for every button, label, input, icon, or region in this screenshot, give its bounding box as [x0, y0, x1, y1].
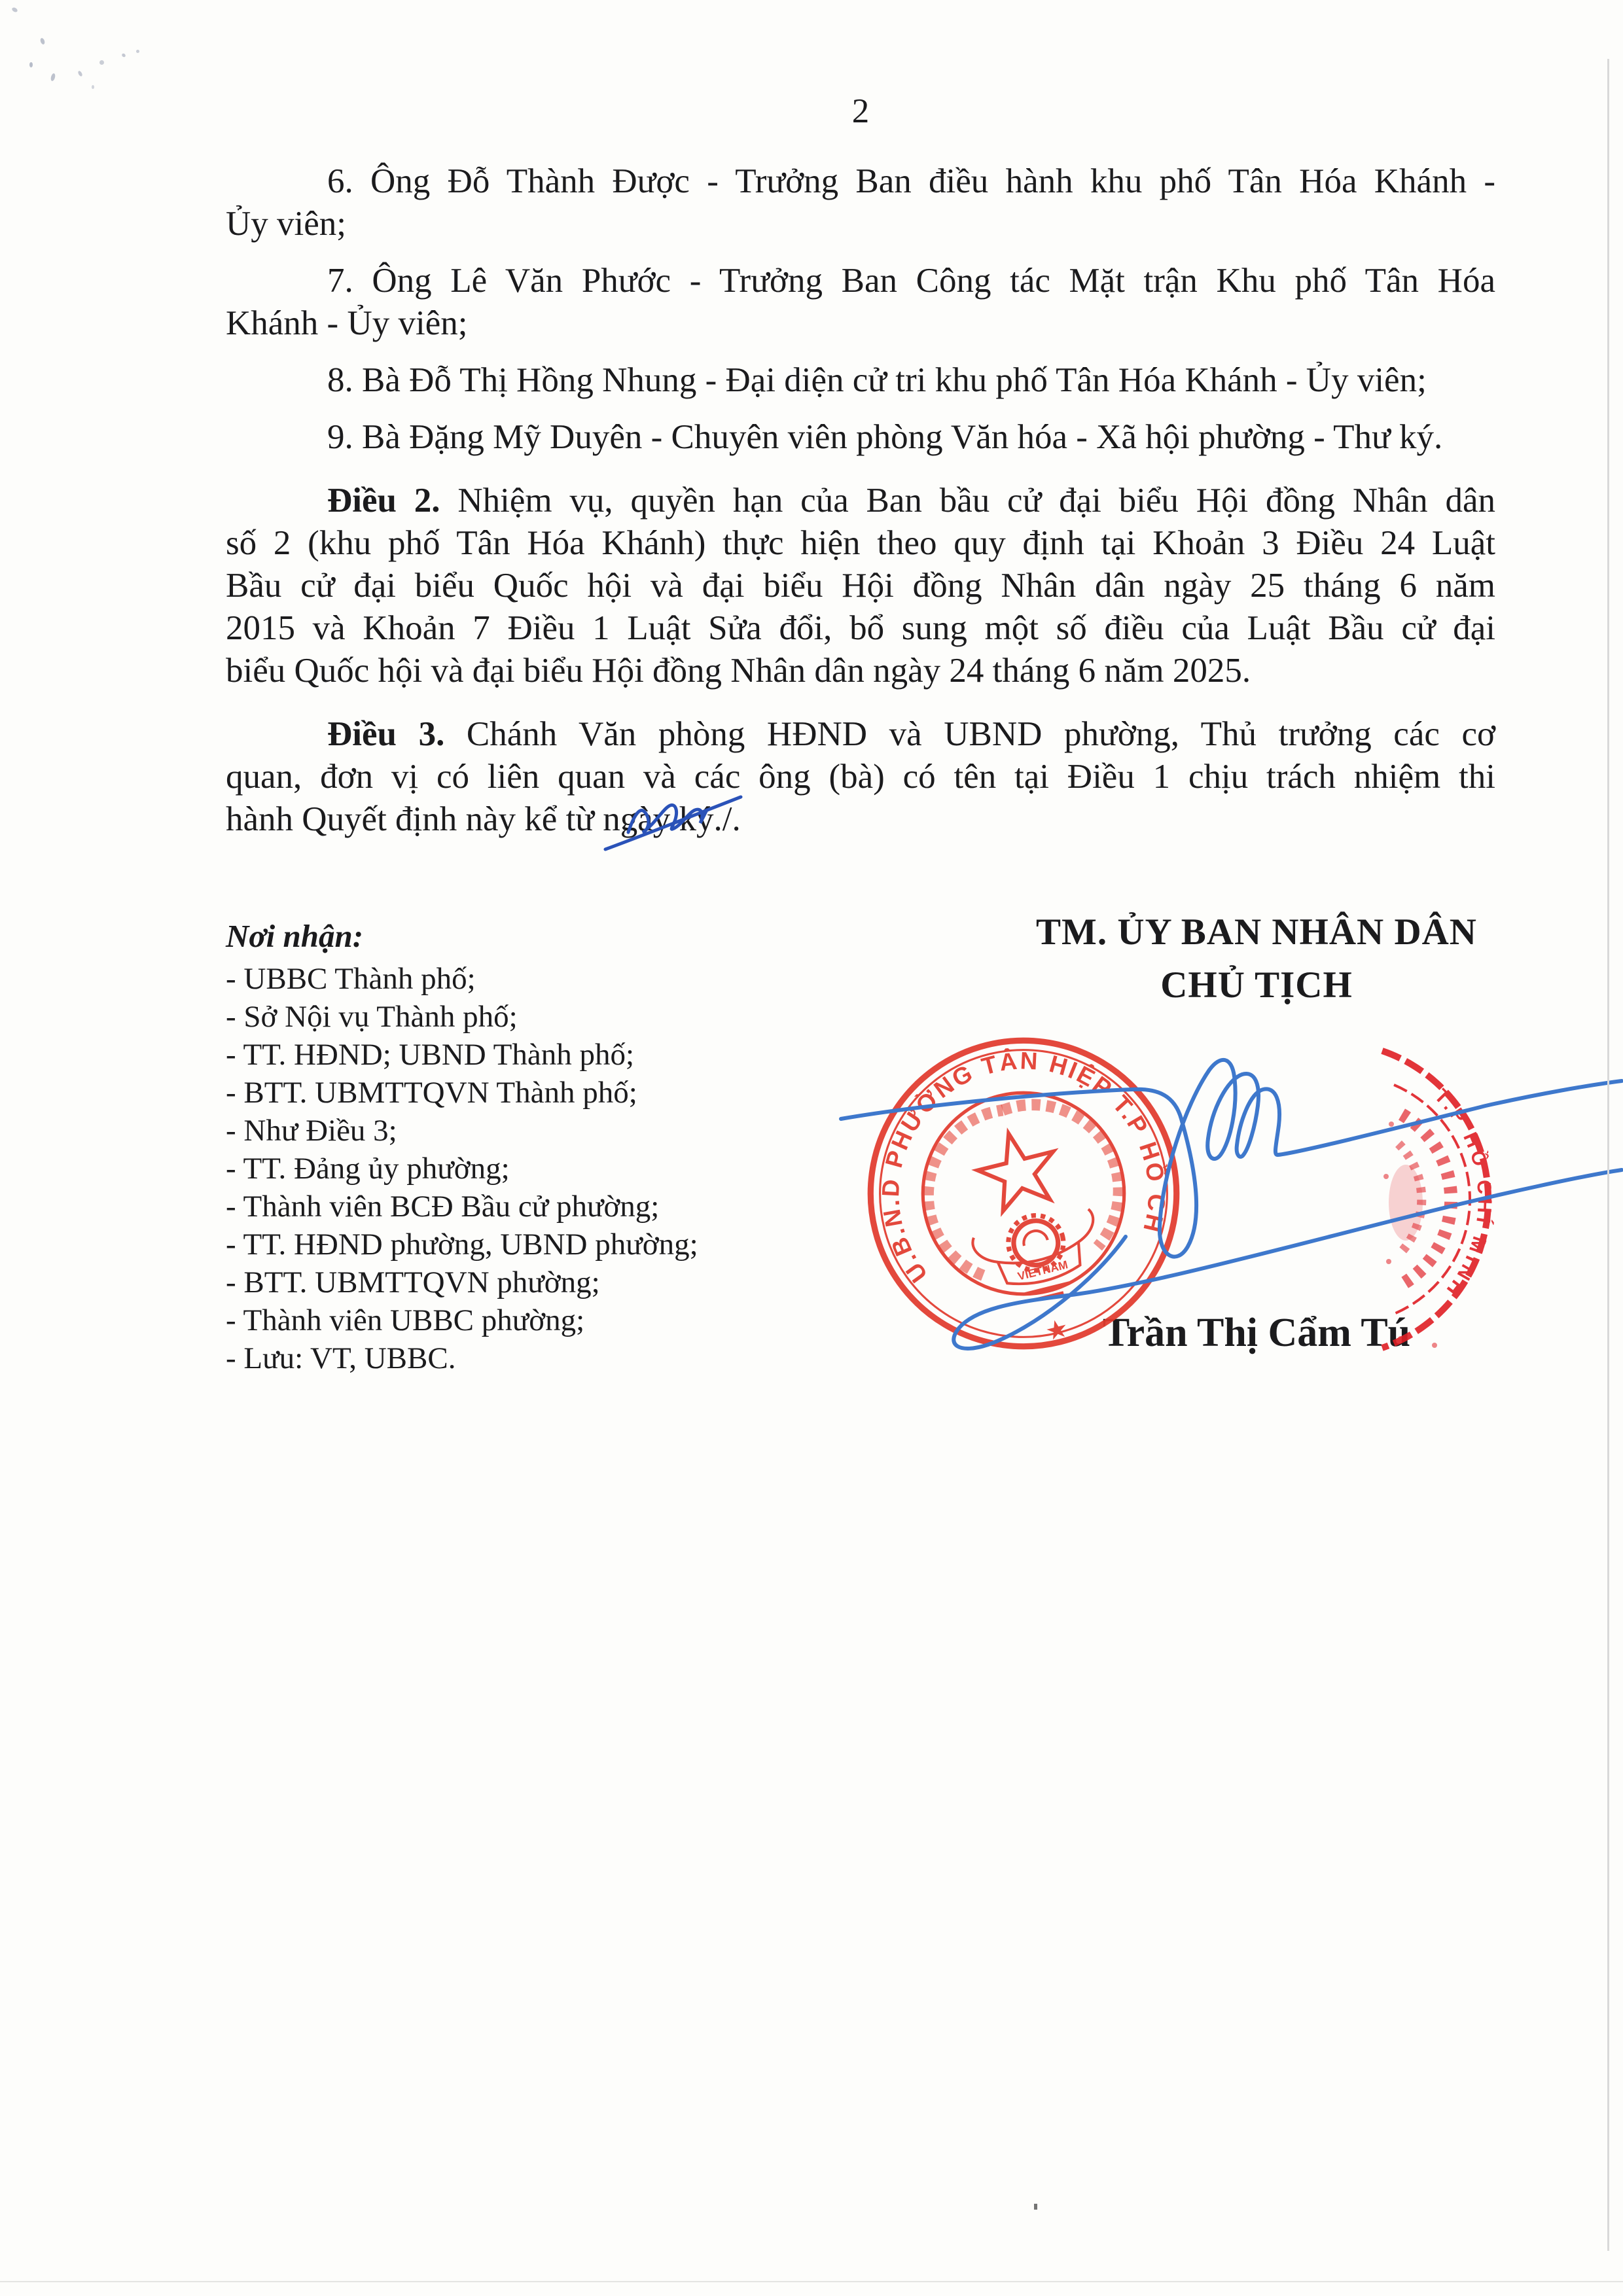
- bold-lead: Điều 2.: [327, 482, 440, 520]
- paragraph: 8. Bà Đỗ Thị Hồng Nhung - Đại diện cử tr…: [226, 359, 1495, 402]
- recipient-item: - Thành viên UBBC phường;: [226, 1301, 847, 1339]
- bold-lead: Điều 3.: [327, 715, 444, 753]
- recipient-item: - BTT. UBMTTQVN phường;: [226, 1263, 847, 1301]
- text-segment: 8. Bà Đỗ Thị Hồng Nhung - Đại diện cử tr…: [327, 361, 1427, 399]
- scan-bottom-line: [0, 2281, 1623, 2282]
- ink-smudge: [92, 85, 94, 89]
- text-line: 2015 và Khoản 7 Điều 1 Luật Sửa đổi, bổ …: [226, 607, 1495, 650]
- recipient-item: - Như Điều 3;: [226, 1112, 847, 1150]
- recipient-item: - TT. HĐND; UBND Thành phố;: [226, 1036, 847, 1074]
- text-segment: quan, đơn vị có liên quan và các ông (bà…: [226, 758, 1495, 796]
- text-line: 7. Ông Lê Văn Phước - Trưởng Ban Công tá…: [226, 260, 1495, 302]
- text-segment: Nhiệm vụ, quyền hạn của Ban bầu cử đại b…: [440, 482, 1495, 520]
- text-segment: số 2 (khu phố Tân Hóa Khánh) thực hiện t…: [226, 524, 1495, 562]
- text-segment: 7. Ông Lê Văn Phước - Trưởng Ban Công tá…: [327, 262, 1495, 300]
- text-segment: 6. Ông Đỗ Thành Được - Trưởng Ban điều h…: [327, 162, 1495, 200]
- paragraph: Điều 2. Nhiệm vụ, quyền hạn của Ban bầu …: [226, 480, 1495, 692]
- signature-block: TM. ỦY BAN NHÂN DÂN CHỦ TỊCH: [982, 911, 1531, 1006]
- ink-smudge: [39, 37, 45, 44]
- text-line: hành Quyết định này kể từ ngày ký./.: [226, 798, 1495, 841]
- paragraph: 9. Bà Đặng Mỹ Duyên - Chuyên viên phòng …: [226, 416, 1495, 459]
- text-line: Khánh - Ủy viên;: [226, 302, 1495, 345]
- text-segment: 2015 và Khoản 7 Điều 1 Luật Sửa đổi, bổ …: [226, 609, 1495, 647]
- ink-smudge: [121, 53, 126, 58]
- signature-svg: [818, 1021, 1623, 1400]
- text-segment: Ủy viên;: [226, 205, 346, 243]
- ink-smudge: [50, 73, 56, 81]
- paragraph: Điều 3. Chánh Văn phòng HĐND và UBND phư…: [226, 713, 1495, 841]
- text-line: Ủy viên;: [226, 203, 1495, 245]
- recipient-item: - Lưu: VT, UBBC.: [226, 1339, 847, 1377]
- recipient-item: - TT. HĐND phường, UBND phường;: [226, 1226, 847, 1263]
- paragraph: 7. Ông Lê Văn Phước - Trưởng Ban Công tá…: [226, 260, 1495, 345]
- scanned-document-page: 2 6. Ông Đỗ Thành Được - Trưởng Ban điều…: [0, 0, 1623, 2296]
- recipients-list: - UBBC Thành phố;- Sở Nội vụ Thành phố;-…: [226, 960, 847, 1377]
- recipient-item: - Sở Nội vụ Thành phố;: [226, 998, 847, 1036]
- ink-speck: [1034, 2204, 1037, 2210]
- text-line: 6. Ông Đỗ Thành Được - Trưởng Ban điều h…: [226, 160, 1495, 203]
- document-body: 6. Ông Đỗ Thành Được - Trưởng Ban điều h…: [226, 160, 1495, 855]
- text-line: 8. Bà Đỗ Thị Hồng Nhung - Đại diện cử tr…: [226, 359, 1495, 402]
- signature-ink: [818, 1021, 1623, 1400]
- recipient-item: - BTT. UBMTTQVN Thành phố;: [226, 1074, 847, 1112]
- recipient-item: - UBBC Thành phố;: [226, 960, 847, 998]
- text-line: Bầu cử đại biểu Quốc hội và đại biểu Hội…: [226, 565, 1495, 607]
- recipient-item: - TT. Đảng ủy phường;: [226, 1150, 847, 1188]
- ink-smudge: [29, 62, 33, 67]
- ink-smudge: [77, 70, 83, 77]
- text-line: Điều 2. Nhiệm vụ, quyền hạn của Ban bầu …: [226, 480, 1495, 522]
- signing-authority: TM. ỦY BAN NHÂN DÂN: [982, 911, 1531, 953]
- page-number: 2: [226, 92, 1495, 131]
- ink-smudge: [99, 60, 104, 65]
- signer-title: CHỦ TỊCH: [982, 964, 1531, 1006]
- text-segment: biểu Quốc hội và đại biểu Hội đồng Nhân …: [226, 652, 1251, 690]
- text-segment: 9. Bà Đặng Mỹ Duyên - Chuyên viên phòng …: [327, 418, 1442, 456]
- text-line: Điều 3. Chánh Văn phòng HĐND và UBND phư…: [226, 713, 1495, 756]
- initial-svg: [602, 785, 749, 860]
- scan-edge-line: [1607, 59, 1609, 2251]
- text-line: 9. Bà Đặng Mỹ Duyên - Chuyên viên phòng …: [226, 416, 1495, 459]
- recipients-block: Nơi nhận: - UBBC Thành phố;- Sở Nội vụ T…: [226, 917, 847, 1377]
- text-segment: Bầu cử đại biểu Quốc hội và đại biểu Hội…: [226, 567, 1495, 605]
- text-line: biểu Quốc hội và đại biểu Hội đồng Nhân …: [226, 650, 1495, 692]
- ink-smudge: [11, 7, 18, 13]
- text-line: quan, đơn vị có liên quan và các ông (bà…: [226, 756, 1495, 798]
- initial-ink: [602, 785, 749, 860]
- recipients-title: Nơi nhận:: [226, 917, 847, 955]
- text-line: số 2 (khu phố Tân Hóa Khánh) thực hiện t…: [226, 522, 1495, 565]
- text-segment: Chánh Văn phòng HĐND và UBND phường, Thủ…: [444, 715, 1495, 753]
- recipient-item: - Thành viên BCĐ Bầu cử phường;: [226, 1188, 847, 1226]
- text-segment: Khánh - Ủy viên;: [226, 304, 467, 342]
- ink-smudge: [136, 50, 139, 53]
- paragraph: 6. Ông Đỗ Thành Được - Trưởng Ban điều h…: [226, 160, 1495, 245]
